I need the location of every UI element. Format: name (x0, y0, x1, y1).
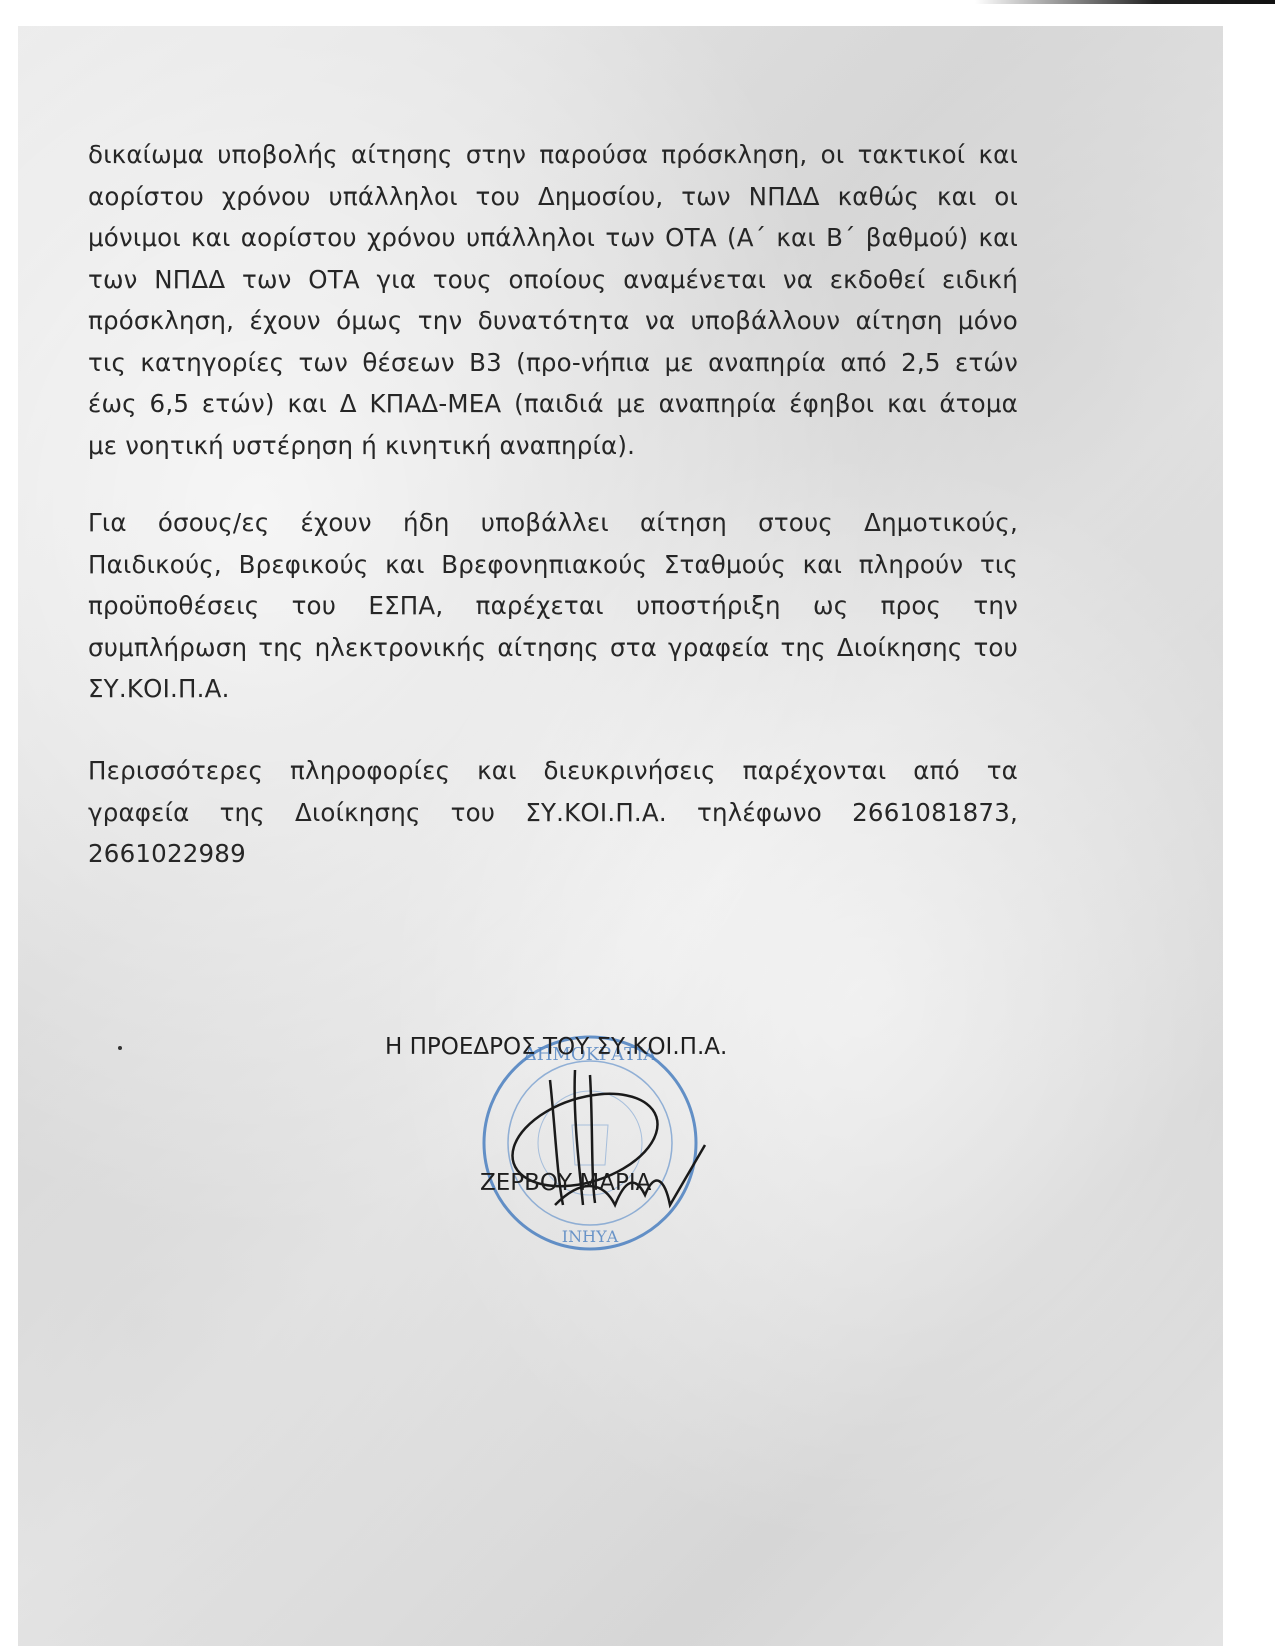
text-line: τις κατηγορίες των θέσεων Β3 (προ-νήπια … (88, 342, 1018, 384)
text-line: των ΝΠΔΔ των ΟΤΑ για τους οποίους αναμέν… (88, 259, 1018, 301)
paragraph-contact: Περισσότερες πληροφορίες και διευκρινήσε… (88, 750, 1018, 875)
scan-edge-artifact (975, 0, 1275, 4)
text-line: προϋποθέσεις του ΕΣΠΑ, παρέχεται υποστήρ… (88, 585, 1018, 627)
paragraph-support: Για όσους/ες έχουν ήδη υποβάλλει αίτηση … (88, 502, 1018, 710)
text-line: Παιδικούς, Βρεφικούς και Βρεφονηπιακούς … (88, 544, 1018, 586)
text-line: αορίστου χρόνου υπάλληλοι του Δημοσίου, … (88, 176, 1018, 218)
text-line: μόνιμοι και αορίστου χρόνου υπάλληλοι τω… (88, 217, 1018, 259)
svg-text:ΙΝΗΥΑ: ΙΝΗΥΑ (562, 1227, 619, 1246)
signature-block: ΔΗΜΟΚΡΑΤΙΑ ΙΝΗΥΑ Η ΠΡΟΕΔΡΟΣ ΤΟΥ ΣΥ.ΚΟΙ.Π… (385, 1030, 805, 1250)
text-line: γραφεία της Διοίκησης του ΣΥ.ΚΟΙ.Π.Α. τη… (88, 792, 1018, 834)
text-line: έως 6,5 ετών) και Δ ΚΠΑΔ-ΜΕΑ (παιδιά με … (88, 383, 1018, 425)
paragraph-eligibility: δικαίωμα υποβολής αίτησης στην παρούσα π… (88, 134, 1018, 466)
scan-speck (118, 1046, 122, 1050)
handwritten-signature-icon (495, 1055, 715, 1225)
text-line: δικαίωμα υποβολής αίτησης στην παρούσα π… (88, 134, 1018, 176)
phone-number: 2661022989 (88, 833, 1018, 875)
signatory-name: ΖΕΡΒΟΥ ΜΑΡΙΑ (480, 1170, 651, 1196)
text-line: με νοητική υστέρηση ή κινητική αναπηρία)… (88, 425, 1018, 467)
text-line: Περισσότερες πληροφορίες και διευκρινήσε… (88, 750, 1018, 792)
text-line: πρόσκληση, έχουν όμως την δυνατότητα να … (88, 300, 1018, 342)
text-line: Για όσους/ες έχουν ήδη υποβάλλει αίτηση … (88, 502, 1018, 544)
text-line: ΣΥ.ΚΟΙ.Π.Α. (88, 668, 1018, 710)
text-line: συμπλήρωση της ηλεκτρονικής αίτησης στα … (88, 627, 1018, 669)
